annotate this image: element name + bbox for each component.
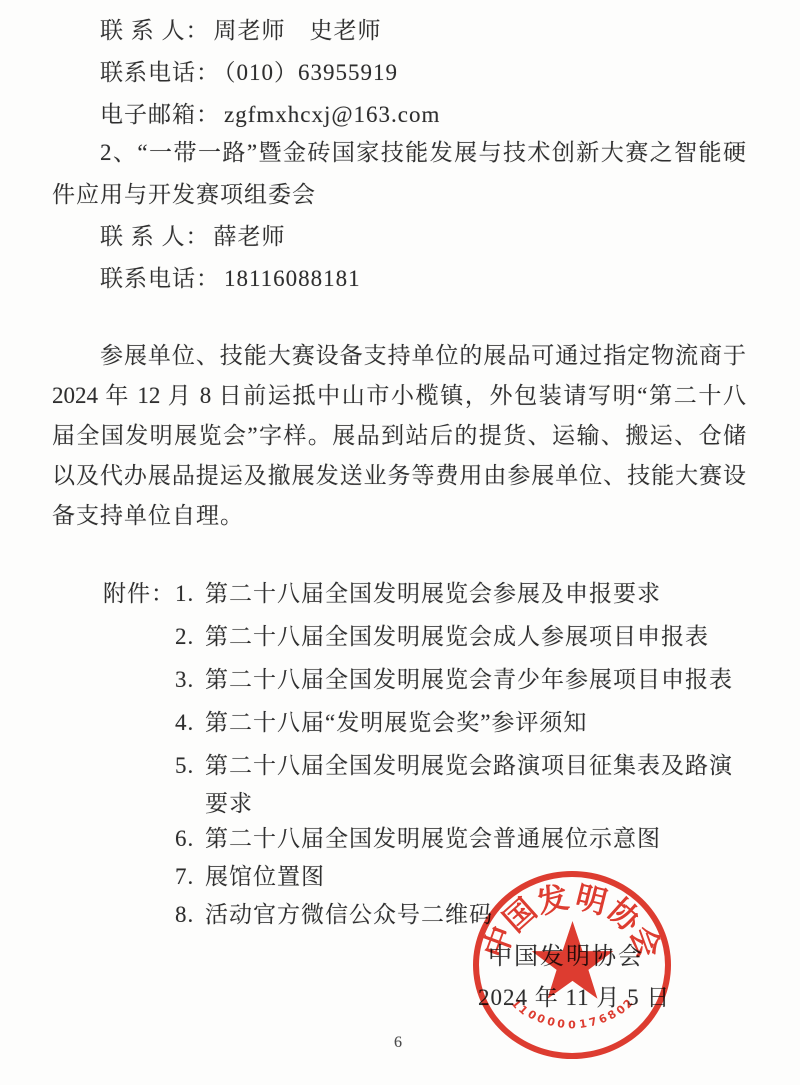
contact1-person-value: 周老师 史老师 <box>214 18 382 43</box>
contact2-phone-value: 18116088181 <box>224 266 361 291</box>
paragraph-line: 届全国发明展览会”字样。展品到站后的提货、运输、搬运、仓储 <box>52 416 746 456</box>
attachment-item: 3.第二十八届全国发明展览会青少年参展项目申报表 <box>175 658 753 701</box>
attachment-title: 第二十八届全国发明展览会青少年参展项目申报表 <box>205 658 733 701</box>
attachment-number: 6. <box>175 820 205 858</box>
attachment-title: 第二十八届全国发明展览会成人参展项目申报表 <box>205 615 709 658</box>
paragraph-line: 2024 年 12 月 8 日前运抵中山市小榄镇，外包装请写明“第二十八 <box>52 376 746 416</box>
attachment-number: 5. <box>175 744 205 787</box>
official-seal: 中国发明协会 1100000176802 <box>473 871 671 1059</box>
contact2-person-label: 联 系 人： <box>100 224 210 249</box>
attachment-title: 第二十八届全国发明展览会参展及申报要求 <box>205 572 661 615</box>
section2-title-line2: 件应用与开发赛项组委会 <box>52 174 746 216</box>
section2-block: 2、“一带一路”暨金砖国家技能发展与技术创新大赛之智能硬 件应用与开发赛项组委会… <box>52 132 746 300</box>
attachment-item: 5.第二十八届全国发明展览会路演项目征集表及路演 <box>175 744 753 787</box>
attachment-title: 第二十八届全国发明展览会路演项目征集表及路演 <box>205 744 733 787</box>
contact2-phone-label: 联系电话： <box>100 266 220 291</box>
contact1-email-value: zgfmxhcxj@163.com <box>224 102 440 127</box>
attachment-item: 1.第二十八届全国发明展览会参展及申报要求 <box>175 572 753 615</box>
attachment-number: 7. <box>175 858 205 896</box>
attachment-number: 8. <box>175 896 205 934</box>
contact1-email-label: 电子邮箱： <box>100 102 220 127</box>
section2-title-line1: 2、“一带一路”暨金砖国家技能发展与技术创新大赛之智能硬 <box>52 132 746 174</box>
attachments-label: 附件： <box>103 572 175 615</box>
attachment-item: 6.第二十八届全国发明展览会普通展位示意图 <box>175 820 753 858</box>
attachment-number: 3. <box>175 658 205 701</box>
attachment-title: 第二十八届全国发明展览会普通展位示意图 <box>205 820 661 858</box>
attachment-title: 活动官方微信公众号二维码 <box>205 896 493 934</box>
contact1-person-line: 联 系 人：周老师 史老师 <box>52 10 746 52</box>
attachment-number: 4. <box>175 701 205 744</box>
contact2-person-value: 薛老师 <box>214 224 286 249</box>
paragraph-line: 以及代办展品提运及撤展发送业务等费用由参展单位、技能大赛设 <box>52 456 746 496</box>
page-number: 6 <box>378 1034 418 1052</box>
attachment-title: 第二十八届“发明展览会奖”参评须知 <box>205 701 587 744</box>
paragraph-line: 参展单位、技能大赛设备支持单位的展品可通过指定物流商于 <box>52 336 746 376</box>
attachment-item: 2.第二十八届全国发明展览会成人参展项目申报表 <box>175 615 753 658</box>
attachment-number: 2. <box>175 615 205 658</box>
contact-block-1: 联 系 人：周老师 史老师 联系电话：（010）63955919 电子邮箱：zg… <box>52 10 746 136</box>
contact1-email-line: 电子邮箱：zgfmxhcxj@163.com <box>52 94 746 136</box>
attachment-item-wrap: 要求 <box>175 787 753 820</box>
contact1-phone-line: 联系电话：（010）63955919 <box>52 52 746 94</box>
scanned-document-page: 联 系 人：周老师 史老师 联系电话：（010）63955919 电子邮箱：zg… <box>0 0 800 1085</box>
attachment-number: 1. <box>175 572 205 615</box>
attachment-title: 展馆位置图 <box>205 858 325 896</box>
attachment-title: 要求 <box>205 787 253 820</box>
contact2-person-line: 联 系 人：薛老师 <box>52 216 746 258</box>
paragraph-line: 备支持单位自理。 <box>52 496 746 536</box>
attachment-item: 4.第二十八届“发明展览会奖”参评须知 <box>175 701 753 744</box>
contact1-phone-value: （010）63955919 <box>224 60 398 85</box>
contact2-phone-line: 联系电话：18116088181 <box>52 258 746 300</box>
seal-serial-digit-6: 0 <box>568 1019 576 1032</box>
attachment-number <box>175 787 205 820</box>
seal-serial-digit-7: 1 <box>578 1017 587 1031</box>
contact1-person-label: 联 系 人： <box>100 18 210 43</box>
contact1-phone-label: 联系电话： <box>100 60 220 85</box>
shipping-paragraph: 参展单位、技能大赛设备支持单位的展品可通过指定物流商于 2024 年 12 月 … <box>52 336 746 536</box>
